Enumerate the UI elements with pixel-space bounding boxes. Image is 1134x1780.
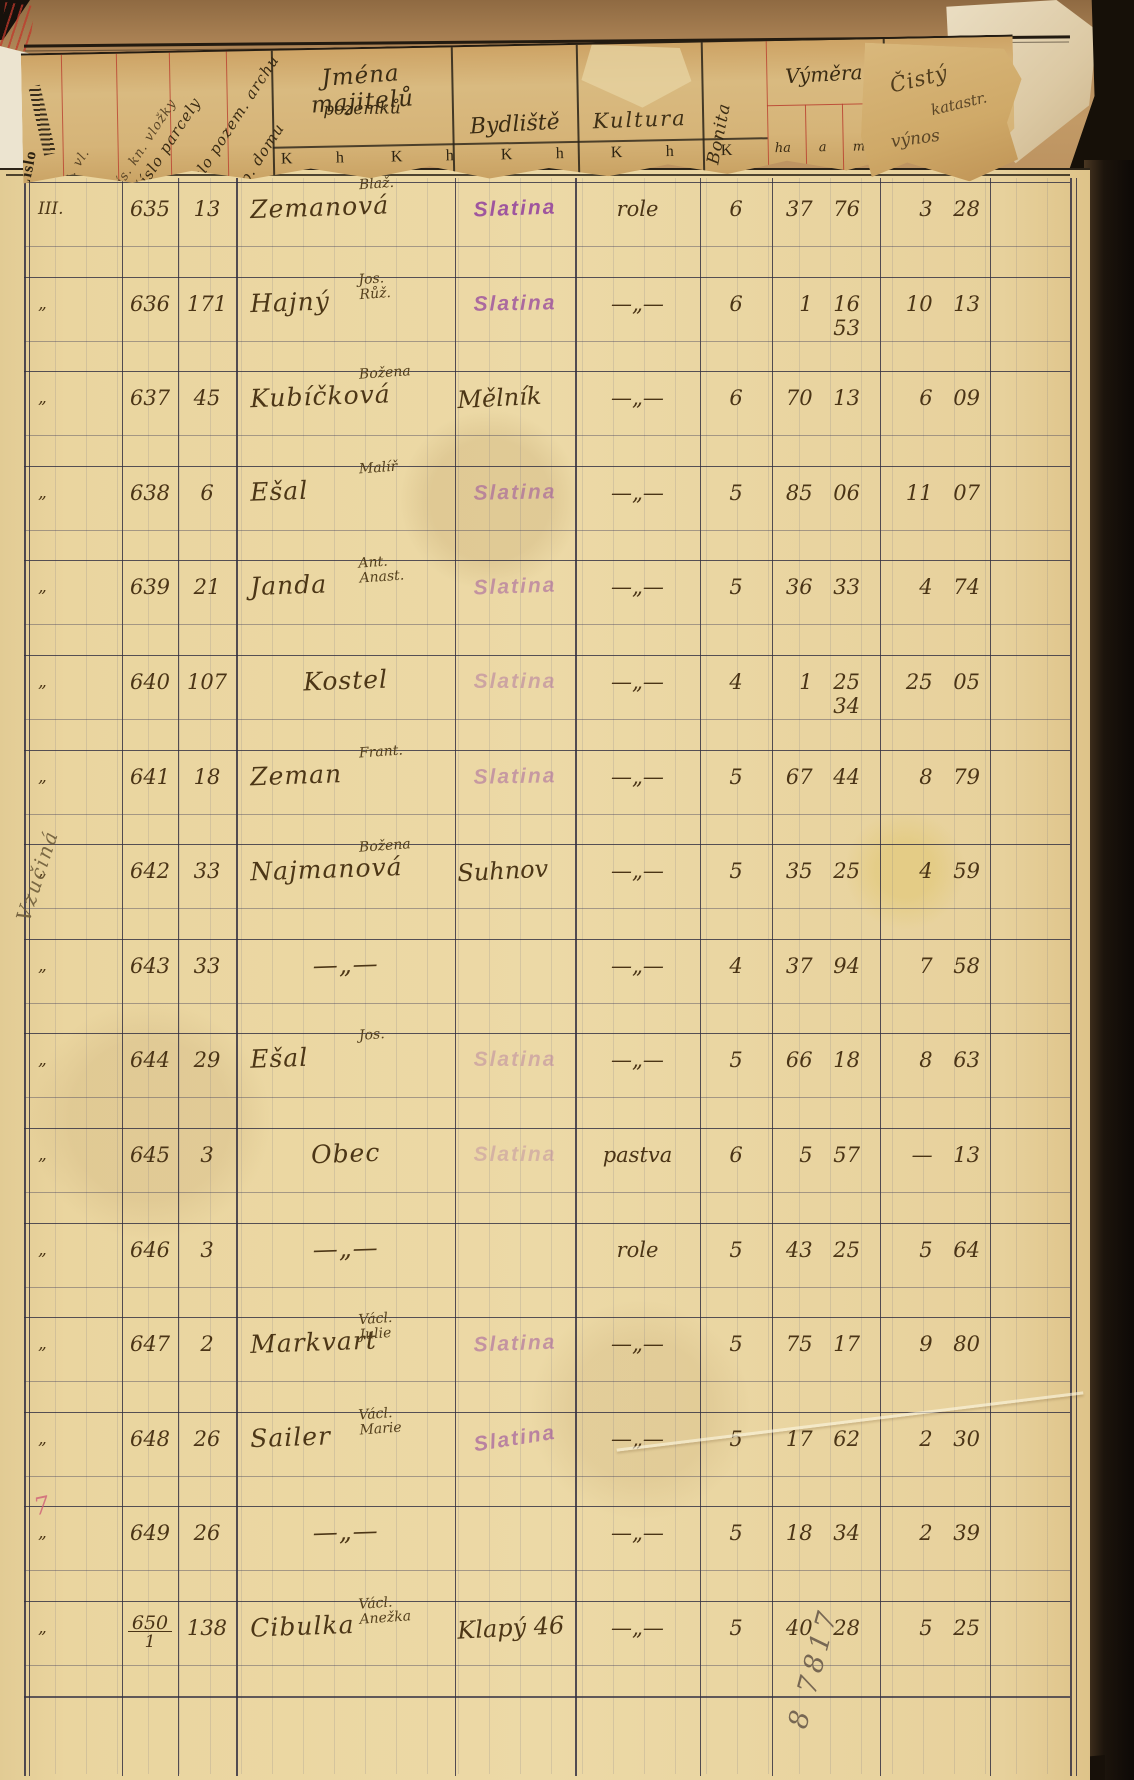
owner-surname: Markvart [235, 1316, 377, 1360]
residence-handwritten: Klapý 46 [454, 1599, 565, 1645]
area-unit-ha: ha [775, 141, 791, 156]
cell-parcel: 643 [122, 940, 178, 1048]
cell-name: Kostel [236, 656, 455, 750]
cell-name: NajmanováBožena [236, 845, 455, 939]
cell-area: 37 76 [762, 183, 870, 277]
currency-letter: K [501, 146, 513, 164]
cell-res: Slatina [455, 1034, 575, 1128]
header-yield-label2: katastr. [929, 88, 989, 119]
cell-res: Slatina [455, 1129, 575, 1223]
table-row: „6386EšalMalířSlatina—„—585 0611 07 [24, 466, 1070, 562]
slatina-stamp: Slatina [458, 1418, 572, 1459]
currency-letter: h [666, 143, 674, 161]
owner-surname: Sailer [235, 1411, 331, 1453]
slatina-stamp: Slatina [459, 291, 571, 317]
cell-res: Slatina [455, 751, 575, 845]
cell-area: 5 57 [762, 1129, 870, 1223]
cell-res: Slatina [455, 1318, 575, 1412]
currency-letter: h [446, 147, 454, 165]
cell-kult: —„— [575, 1507, 700, 1615]
owner-given-name: Božena [358, 837, 411, 856]
header-yield-label1: Čistý [887, 60, 950, 97]
cell-res: Slatina [455, 1413, 575, 1507]
cell-kult: —„— [575, 845, 700, 953]
owner-surname: Kostel [235, 652, 455, 699]
cell-parcel: 639 [122, 561, 178, 669]
cell-res [455, 1224, 575, 1318]
cell-area: 67 44 [762, 751, 870, 845]
cell-yld: 25 05 [880, 656, 990, 750]
cell-name: MarkvartVácl. Julie [236, 1318, 455, 1412]
cell-arch: 3 [178, 1224, 236, 1332]
residence-handwritten: Mělník [454, 370, 542, 414]
parcel-fraction: 650 [128, 1615, 172, 1632]
cell-yld: 3 28 [880, 183, 990, 277]
slatina-stamp: Slatina [459, 1143, 571, 1167]
slatina-stamp: Slatina [459, 195, 572, 223]
currency-letter: h [336, 149, 344, 167]
cell-yld: 2 39 [880, 1507, 990, 1601]
cell-arch: 26 [178, 1413, 236, 1521]
cell-kult: —„— [575, 940, 700, 1048]
cell-parcel: 641 [122, 751, 178, 859]
cell-arch: 45 [178, 372, 236, 480]
cell-name: HajnýJos. Růž. [236, 278, 455, 372]
cell-name: SailerVácl. Marie [236, 1413, 455, 1507]
cell-kult: —„— [575, 656, 700, 764]
cell-yld: 2 30 [880, 1413, 990, 1507]
residence-handwritten: Suhnov [454, 843, 549, 888]
cell-yld: 4 59 [880, 845, 990, 939]
cell-res [455, 940, 575, 1034]
cell-parcel: 645 [122, 1129, 178, 1237]
cell-kult: —„— [575, 561, 700, 669]
owner-surname: Hajný [235, 276, 330, 318]
owner-surname: Zeman [235, 749, 342, 792]
cell-res: Slatina [455, 656, 575, 750]
table-row: „63921JandaAnt. Anast.Slatina—„—536 334 … [24, 560, 1070, 656]
table-row: „6472MarkvartVácl. JulieSlatina—„—575 17… [24, 1317, 1070, 1413]
cell-parcel: 640 [122, 656, 178, 764]
header-red-rule [116, 54, 120, 186]
owner-surname: —„— [235, 936, 455, 983]
table-row: „64233NajmanováBoženaSuhnov—„—535 254 59 [24, 844, 1070, 940]
cell-area: 85 06 [762, 467, 870, 561]
ink-scribble [28, 85, 56, 156]
owner-given-name: Blaž. [358, 176, 394, 193]
cell-area: 35 25 [762, 845, 870, 939]
cell-name: KubíčkováBožena [236, 372, 455, 466]
cell-res: Suhnov [455, 845, 575, 939]
cell-name: Obec [236, 1129, 455, 1223]
table-row: „6453ObecSlatinapastva65 57— 13 [24, 1128, 1070, 1224]
table-row: „636171HajnýJos. Růž.Slatina—„—61 16 531… [24, 277, 1070, 373]
cell-yld: 9 80 [880, 1318, 990, 1412]
cell-res: Mělník [455, 372, 575, 466]
cell-name: CibulkaVácl. Anežka [236, 1602, 455, 1696]
slatina-stamp: Slatina [459, 670, 571, 694]
cell-kult: —„— [575, 278, 700, 386]
area-unit-a: a [819, 140, 827, 155]
cell-yld: 4 74 [880, 561, 990, 655]
cell-yld: — 13 [880, 1129, 990, 1223]
cell-name: ZemanFrant. [236, 751, 455, 845]
cell-yld: 5 25 [880, 1602, 990, 1696]
cell-parcel: 637 [122, 372, 178, 480]
cell-area: 18 34 [762, 1507, 870, 1601]
table-bottom-rule [24, 1696, 1070, 1698]
currency-letter: K [281, 150, 293, 168]
cell-parcel: 635 [122, 183, 178, 291]
scanned-ledger-document: III.63513ZemanováBlaž.Slatinarole637 763… [0, 0, 1134, 1780]
parcel-fraction: 1 [122, 1634, 178, 1650]
cell-arch: 13 [178, 183, 236, 291]
cell-yld: 10 13 [880, 278, 990, 372]
subheader-rule [273, 137, 768, 148]
cell-name: JandaAnt. Anast. [236, 561, 455, 655]
cell-res: Slatina [455, 183, 575, 277]
cell-parcel: 644 [122, 1034, 178, 1142]
cell-arch: 21 [178, 561, 236, 669]
cell-res: Slatina [455, 561, 575, 655]
cell-arch: 2 [178, 1318, 236, 1426]
cell-res [455, 1507, 575, 1601]
cell-arch: 107 [178, 656, 236, 764]
slatina-stamp: Slatina [459, 1048, 571, 1072]
owner-given-name: Frant. [358, 743, 403, 761]
cell-kult: —„— [575, 751, 700, 859]
cell-res: Klapý 46 [455, 1602, 575, 1696]
header-owner-label2: pozemků [292, 98, 432, 121]
cell-arch: 3 [178, 1129, 236, 1237]
cell-kult: role [575, 1224, 700, 1332]
column-rule [1070, 178, 1072, 1776]
owner-given-name: Jos. Růž. [358, 271, 391, 303]
cell-area: 36 33 [762, 561, 870, 655]
cell-arch: 33 [178, 940, 236, 1048]
header-red-rule [61, 55, 65, 187]
owner-given-name: Malíř [358, 459, 397, 477]
cell-kult: —„— [575, 1034, 700, 1142]
slatina-stamp: Slatina [459, 764, 571, 790]
cell-kult: pastva [575, 1129, 700, 1237]
column-rule [1076, 178, 1077, 1776]
header-culture-label: Kultura [577, 105, 703, 134]
cell-parcel: 636 [122, 278, 178, 386]
header-residence-label: Bydliště [452, 109, 578, 141]
table-row: „6463—„—role543 255 64 [24, 1223, 1070, 1319]
cell-yld: 5 64 [880, 1224, 990, 1318]
cell-arch: 29 [178, 1034, 236, 1142]
table-row: „64926—„——„—518 342 39 [24, 1506, 1070, 1602]
cell-kult: —„— [575, 1413, 700, 1521]
table-row: „64429EšalJos.Slatina—„—566 188 63 [24, 1033, 1070, 1129]
cell-yld: 8 79 [880, 751, 990, 845]
cell-res: Slatina [455, 467, 575, 561]
cell-arch: 33 [178, 845, 236, 953]
cell-yld: 8 63 [880, 1034, 990, 1128]
cell-name: —„— [236, 1224, 455, 1318]
currency-letter: h [556, 145, 564, 163]
owner-surname: Obec [235, 1125, 455, 1172]
owner-surname: Ešal [235, 466, 308, 507]
table-row: „64118ZemanFrant.Slatina—„—567 448 79 [24, 750, 1070, 846]
cell-parcel: 646 [122, 1224, 178, 1332]
owner-surname: Janda [235, 560, 327, 602]
cell-kult: —„— [575, 372, 700, 480]
cell-area: 66 18 [762, 1034, 870, 1128]
cell-area: 43 25 [762, 1224, 870, 1318]
yield-header-scrap: Čistý katastr. výnos [859, 43, 1023, 184]
cell-name: —„— [236, 940, 455, 1034]
cell-arch: 171 [178, 278, 236, 386]
owner-surname: Ešal [235, 1033, 308, 1074]
owner-surname: —„— [235, 1220, 455, 1267]
table-row: „63745KubíčkováBoženaMělník—„—670 136 09 [24, 371, 1070, 467]
area-red-rule [805, 104, 807, 172]
header-yield-label3: výnos [890, 126, 941, 152]
cell-area: 1 16 53 [762, 278, 870, 372]
cell-area: 1 25 34 [762, 656, 870, 750]
cell-yld: 7 58 [880, 940, 990, 1034]
cell-parcel: 6501 [122, 1602, 178, 1704]
cell-name: EšalJos. [236, 1034, 455, 1128]
owner-surname: —„— [235, 1504, 455, 1551]
slatina-stamp: Slatina [459, 480, 571, 506]
cell-area: 75 17 [762, 1318, 870, 1412]
owner-surname: Cibulka [235, 1600, 355, 1643]
cell-kult: —„— [575, 467, 700, 575]
cell-parcel: 647 [122, 1318, 178, 1426]
currency-letter: K [611, 144, 623, 162]
header-red-rule [766, 41, 770, 173]
cell-yld: 6 09 [880, 372, 990, 466]
cell-kult: role [575, 183, 700, 291]
table-row: „6501138CibulkaVácl. AnežkaKlapý 46—„—54… [24, 1601, 1070, 1697]
cell-arch: 18 [178, 751, 236, 859]
cell-kult: —„— [575, 1318, 700, 1426]
owner-given-name: Božena [358, 364, 411, 383]
table-row: „64826SailerVácl. MarieSlatina—„—517 622… [24, 1412, 1070, 1508]
table-row: III.63513ZemanováBlaž.Slatinarole637 763… [24, 182, 1070, 278]
cell-name: —„— [236, 1507, 455, 1601]
owner-given-name: Jos. [358, 1028, 385, 1045]
cell-area: 37 94 [762, 940, 870, 1034]
header-tear [581, 43, 692, 109]
table-row: „64333—„——„—437 947 58 [24, 939, 1070, 1035]
cell-parcel: 642 [122, 845, 178, 953]
currency-letter: K [721, 142, 733, 160]
area-red-rule [842, 104, 844, 172]
cell-area: 70 13 [762, 372, 870, 466]
cell-res: Slatina [455, 278, 575, 372]
owner-given-name: Václ. Marie [358, 1405, 402, 1438]
cell-parcel: 638 [122, 467, 178, 575]
currency-letter: K [391, 148, 403, 166]
cell-yld: 11 07 [880, 467, 990, 561]
owner-given-name: Václ. Anežka [358, 1594, 412, 1628]
table-row: „640107KostelSlatina—„—41 25 3425 05 [24, 655, 1070, 751]
cell-parcel: 649 [122, 1507, 178, 1615]
cell-kult: —„— [575, 1602, 700, 1710]
owner-given-name: Ant. Anast. [358, 554, 405, 587]
ledger-page: III.63513ZemanováBlaž.Slatinarole637 763… [0, 168, 1090, 1780]
page-right-edge-shadow [1084, 160, 1134, 1780]
cell-name: EšalMalíř [236, 467, 455, 561]
cell-arch: 138 [178, 1602, 236, 1710]
cell-arch: 6 [178, 467, 236, 575]
slatina-stamp: Slatina [459, 1330, 572, 1358]
cell-parcel: 648 [122, 1413, 178, 1521]
slatina-stamp: Slatina [459, 573, 572, 601]
cell-name: ZemanováBlaž. [236, 183, 455, 277]
owner-given-name: Václ. Julie [358, 1311, 394, 1343]
cell-arch: 26 [178, 1507, 236, 1615]
